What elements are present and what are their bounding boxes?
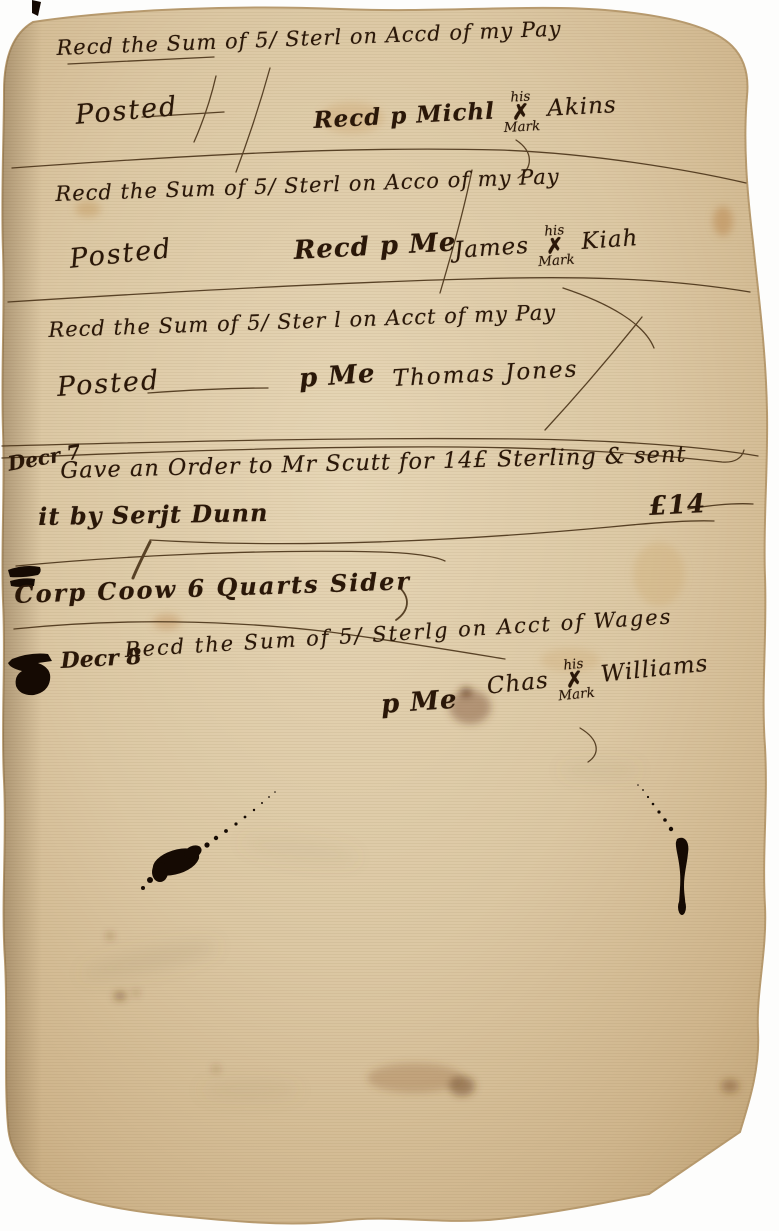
paper-scan-artwork <box>0 0 779 1231</box>
binding-gutter-shadow <box>0 0 42 1231</box>
scanned-ledger-page: Recd the Sum of 5/ Sterl on Accd of my P… <box>0 0 779 1231</box>
corner-binding-mark <box>32 0 41 16</box>
laid-paper-texture <box>0 0 779 1231</box>
